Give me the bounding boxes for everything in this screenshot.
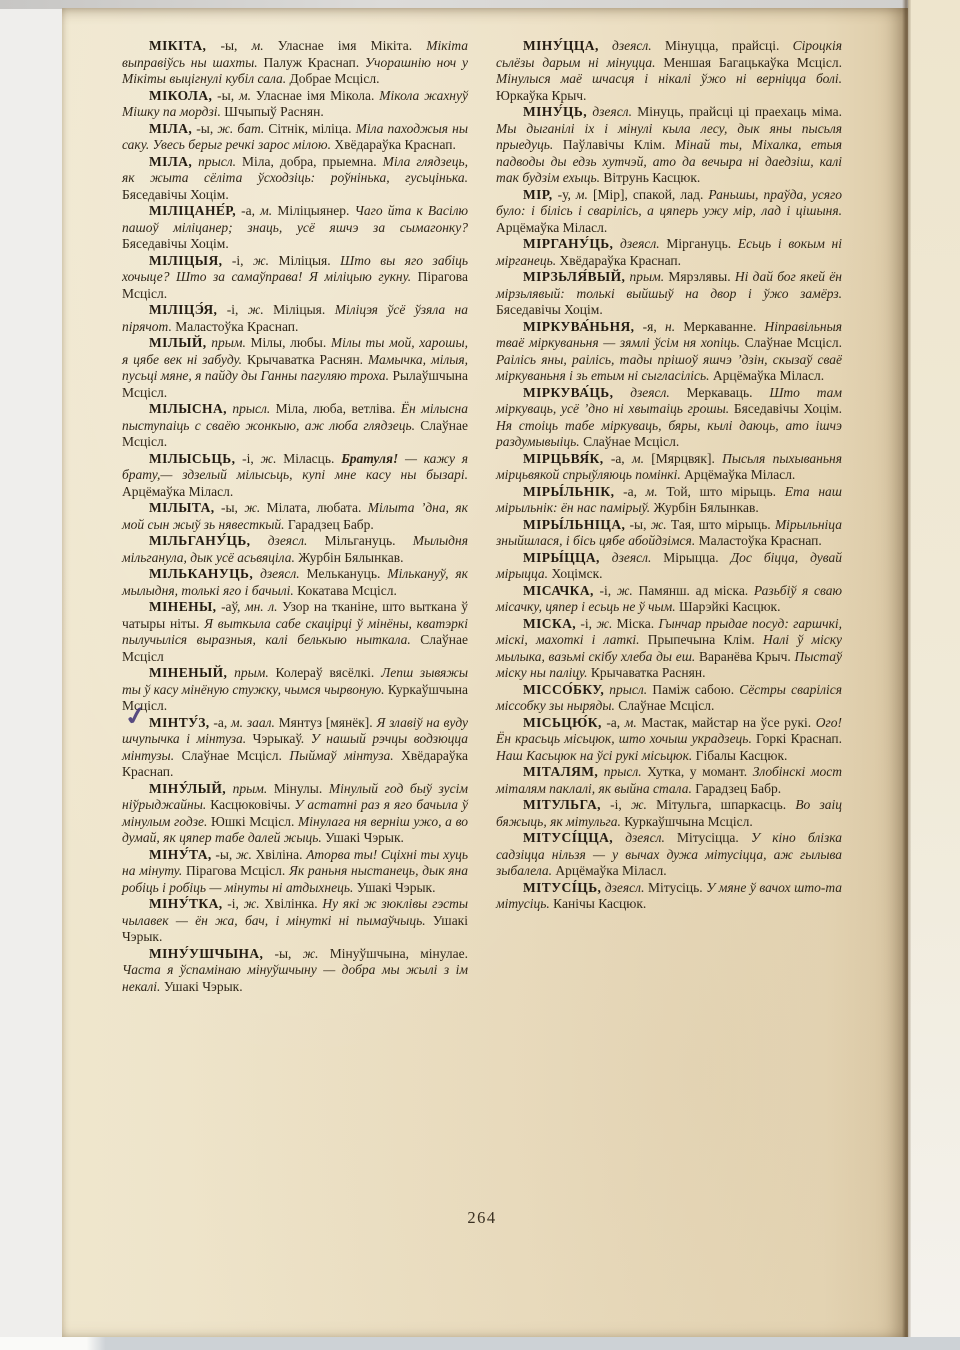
dictionary-entry: МІНУ́ТКА, -і, ж. Хвілінка. Ну які ж зюкл… xyxy=(122,896,468,946)
example-text: м. xyxy=(252,38,264,53)
entry-text: Міла, люба, ветліва. xyxy=(270,401,401,416)
headword: МІРГАНУ́ЦЬ, xyxy=(523,236,613,251)
entry-text: Паміж сабою. xyxy=(647,682,739,697)
example-text: дзеясл. xyxy=(613,830,665,845)
entry-text: Куркаўшчына Мсцісл. xyxy=(621,814,753,829)
entry-text: Гібалы Касцюк. xyxy=(692,748,787,763)
scan-background-bottom xyxy=(0,1337,960,1350)
dictionary-entry: МІТУСІ́ЦЦА, дзеясл. Мітусіцца. У кіно бл… xyxy=(496,830,842,880)
entry-text: Мілата, любата. xyxy=(260,500,368,515)
example-text: Мінулыся маё шчасця і нікалі ўжо ні верн… xyxy=(496,71,842,86)
dictionary-entry: МІСАЧКА, -і, ж. Памянш. ад міска. Разьбі… xyxy=(496,583,842,616)
entry-text: -ы, xyxy=(212,847,236,862)
entry-text: Хвёдараўка Краснап. xyxy=(556,253,681,268)
dictionary-entry: МІНУ́УШЧЫНА, -ы, ж. Мінуўшчына, мінулае.… xyxy=(122,946,468,996)
dictionary-entry: МІНУ́ТА, -ы, ж. Хвіліна. Аторва ты! Сціх… xyxy=(122,847,468,897)
example-text: дзеясл. xyxy=(599,38,652,53)
entry-text: -у, xyxy=(553,187,576,202)
entry-text: Арцёмаўка Міласл. xyxy=(709,368,824,383)
dictionary-entry: МІР, -у, м. [Мір], спакой, лад. Раньшы, … xyxy=(496,187,842,237)
entry-text: Міліцыя. xyxy=(269,253,340,268)
entry-text: Ушакі Чэрык. xyxy=(322,830,404,845)
headword: МІР, xyxy=(523,187,553,202)
entry-text: Шарэйкі Касцюк. xyxy=(676,599,781,614)
dictionary-entry: МІЛА, -ы, ж. бат. Сітнік, міліца. Міла п… xyxy=(122,121,468,154)
entry-text: Бяседавічы Хоцім. xyxy=(122,236,229,251)
headword: МІССО́БКУ, xyxy=(523,682,604,697)
dictionary-entry: МІКОЛА, -ы, м. Уласнае імя Мікола. Мікол… xyxy=(122,88,468,121)
entry-text: Крычаватка Раснян. xyxy=(587,665,705,680)
dictionary-entry: МІНУ́ЦЦА, дзеясл. Мінуцца, прайсці. Сіро… xyxy=(496,38,842,104)
example-text: прым. xyxy=(207,335,246,350)
example-text: м. заал. xyxy=(231,715,275,730)
page-number: 264 xyxy=(467,1208,496,1228)
headword: МІРЫ́ЛЬНІК, xyxy=(523,484,614,499)
entry-text: Мільгануць. xyxy=(307,533,412,548)
entry-text: Уласнае імя Мікола. xyxy=(251,88,379,103)
example-text: ж. xyxy=(244,500,260,515)
headword: МІЛЫСНА, xyxy=(149,401,227,416)
entry-text: Журбін Бялынкав. xyxy=(295,550,404,565)
dictionary-entry: МІТУСІ́ЦЬ, дзеясл. Мітусіць. У мяне ў ва… xyxy=(496,880,842,913)
entry-text: Касцюковічы. xyxy=(206,797,294,812)
example-text: м. xyxy=(576,187,588,202)
dictionary-entry: МІКІТА, -ы, м. Уласнае імя Мікіта. Мікіт… xyxy=(122,38,468,88)
entry-text: -а, xyxy=(602,715,625,730)
example-text: м. xyxy=(260,203,272,218)
entry-text: -і, xyxy=(594,583,617,598)
entry-text: Палуж Краснап. xyxy=(258,55,365,70)
example-text: ж. xyxy=(253,253,269,268)
example-text: ж. xyxy=(617,583,633,598)
entry-text: Міласць. xyxy=(276,451,341,466)
example-text: ж. xyxy=(244,896,260,911)
entry-text: Міска. xyxy=(612,616,658,631)
headword: МІТУСІ́ЦЦА, xyxy=(523,830,613,845)
headword: МІЛЫСЬЦЬ, xyxy=(149,451,235,466)
entry-text: -а, xyxy=(604,451,632,466)
headword: МІРЫ́ЦЦА, xyxy=(523,550,600,565)
example-text: дзеясл. xyxy=(613,385,669,400)
headword: МІЛЫЙ, xyxy=(149,335,207,350)
dictionary-text-block: МІКІТА, -ы, м. Уласнае імя Мікіта. Мікіт… xyxy=(62,8,908,995)
headword: МІРКУВА́НЬНЯ, xyxy=(523,319,634,334)
entry-text: Мінулы. xyxy=(267,781,329,796)
dictionary-entry: МІРЦЬВЯ́К, -а, м. [Мярцвяк]. Пысьля пыхы… xyxy=(496,451,842,484)
entry-text: Шчыпыў Раснян. xyxy=(221,104,324,119)
example-text-bold: Братуля! xyxy=(341,451,398,466)
entry-text: Мінуць, прайсці ці праехаць міма. xyxy=(632,104,842,119)
dictionary-entry: МІРГАНУ́ЦЬ, дзеясл. Міргануць. Есьць і в… xyxy=(496,236,842,269)
entry-text: Міргануць. xyxy=(660,236,738,251)
example-text: дзеясл. xyxy=(253,566,300,581)
entry-text: Бяседавічы Хоцім. xyxy=(122,187,229,202)
entry-text: Арцёмаўка Міласл. xyxy=(552,863,667,878)
entry-text: -і, xyxy=(223,896,244,911)
entry-text: Слаўнае Мсцісл. xyxy=(615,698,715,713)
headword: МІТУЛЬГА, xyxy=(523,797,601,812)
dictionary-entry: МІЛЫТА, -ы, ж. Мілата, любата. Мілыта ’д… xyxy=(122,500,468,533)
headword: МІЛЬГАНУ́ЦЬ, xyxy=(149,533,250,548)
headword: МІКОЛА, xyxy=(149,88,212,103)
entry-text: Меркаванне. xyxy=(675,319,764,334)
dictionary-entry: МІСЬЦЮ́К, -а, м. Мастак, майстар на ўсе … xyxy=(496,715,842,765)
entry-text: Мінуцца, прайсці. xyxy=(652,38,793,53)
entry-text: -аў, xyxy=(216,599,245,614)
entry-text: Ушакі Чэрык. xyxy=(160,979,242,994)
entry-text: Юркаўка Крыч. xyxy=(496,88,586,103)
entry-text: Тая, што мірыць. xyxy=(667,517,775,532)
entry-text: [Мярцвяк]. xyxy=(644,451,722,466)
entry-text: Мітульга, шпаркасць. xyxy=(647,797,795,812)
example-text: ж. xyxy=(236,847,252,862)
example-text: дзеясл. xyxy=(600,550,652,565)
headword: МІРЗЬЛЯ́ВЫЙ, xyxy=(523,269,625,284)
entry-text: -і, xyxy=(217,302,247,317)
entry-text: -і, xyxy=(601,797,631,812)
headword: МІЛЬКАНУЦЬ, xyxy=(149,566,253,581)
dictionary-entry: МІРКУВА́ЦЬ, дзеясл. Меркаваць. Што там м… xyxy=(496,385,842,451)
headword: МІНЕНЫЙ, xyxy=(149,665,227,680)
book-page: МІКІТА, -ы, м. Уласнае імя Мікіта. Мікіт… xyxy=(62,8,908,1338)
dictionary-entry: МІНУ́ЦЬ, дзеясл. Мінуць, прайсці ці прае… xyxy=(496,104,842,187)
dictionary-entry: МІЛЬГАНУ́ЦЬ, дзеясл. Мільгануць. Мылыдня… xyxy=(122,533,468,566)
entry-text: Крычаватка Раснян. xyxy=(242,352,368,367)
entry-text: Маластоўка Краснап. xyxy=(172,319,299,334)
dictionary-entry: МІРЫ́ЛЬНІК, -а, м. Той, што мірыць. Ета … xyxy=(496,484,842,517)
dictionary-entry: МІРЗЬЛЯ́ВЫЙ, прым. Мярзлявы. Ні дай бог … xyxy=(496,269,842,319)
entry-text: Мітусіць. xyxy=(644,880,706,895)
headword: МІНЕНЫ, xyxy=(149,599,216,614)
entry-text: Мянтуз [мянёк]. xyxy=(275,715,377,730)
headword: МІЛА, xyxy=(149,154,192,169)
dictionary-entry: МІЛЫЙ, прым. Мілы, любы. Мілы ты мой, ха… xyxy=(122,335,468,401)
entry-text: Пірагова Мсцісл. xyxy=(182,863,289,878)
entry-text: Хвёдараўка Краснап. xyxy=(331,137,456,152)
dictionary-entry: МІЛІЦЭ́Я, -і, ж. Міліцыя. Міліцэя ўсё ўз… xyxy=(122,302,468,335)
example-text: мн. л. xyxy=(245,599,278,614)
entry-text: Хутка, у момант. xyxy=(642,764,753,779)
entry-text: Горкі Краснап. xyxy=(752,731,842,746)
example-text: дзеясл. xyxy=(613,236,659,251)
entry-text: Сітнік, міліца. xyxy=(264,121,355,136)
entry-text: Вітрунь Касцюк. xyxy=(600,170,700,185)
headword: МІЛА, xyxy=(149,121,192,136)
headword: МІСЬЦЮ́К, xyxy=(523,715,602,730)
entry-text: Міліцыянер. xyxy=(272,203,354,218)
example-text: ж. бат. xyxy=(217,121,264,136)
headword: МІРЫ́ЛЬНІЦА, xyxy=(523,517,625,532)
example-text: м. xyxy=(646,484,658,499)
entry-text: Гарадзец Бабр. xyxy=(692,781,781,796)
entry-text: Колераў вясёлкі. xyxy=(269,665,381,680)
entry-text: Добрае Мсцісл. xyxy=(286,71,379,86)
headword: МІНУ́УШЧЫНА, xyxy=(149,946,263,961)
entry-text: Мітусіцца. xyxy=(665,830,751,845)
example-text: дзеясл. xyxy=(601,880,644,895)
headword: МІКІТА, xyxy=(149,38,206,53)
dictionary-entry: МІСКА, -і, ж. Міска. Гынчар прыдае посуд… xyxy=(496,616,842,682)
entry-text: -і, xyxy=(576,616,596,631)
entry-text: Той, што мірыць. xyxy=(658,484,785,499)
entry-text: Мярзлявы. xyxy=(664,269,735,284)
entry-text: Слаўнае Мсцісл. xyxy=(740,335,842,350)
entry-text: Бяседавічы Хоцім. xyxy=(729,401,842,416)
headword: МІНТУ́З, xyxy=(149,715,210,730)
dictionary-entry: МІРЫ́ЛЬНІЦА, -ы, ж. Тая, што мірыць. Мір… xyxy=(496,517,842,550)
entry-text: Бяседавічы Хоцім. xyxy=(496,302,603,317)
entry-text: Прыпечына Клім. xyxy=(640,632,763,647)
entry-text: Арцёмаўка Міласл. xyxy=(496,220,607,235)
example-text: м. xyxy=(239,88,251,103)
entry-text: Слаўнае Мсцісл. xyxy=(174,748,289,763)
entry-text: -і, xyxy=(222,253,253,268)
entry-text: -і, xyxy=(235,451,260,466)
entry-text: Мілы, любы. xyxy=(246,335,331,350)
example-text: ж. xyxy=(631,797,647,812)
entry-text: Міліцыя. xyxy=(264,302,335,317)
headword: МІНУ́ЛЫЙ, xyxy=(149,781,226,796)
entry-text: -ы, xyxy=(625,517,650,532)
entry-text: -ы, xyxy=(215,500,245,515)
entry-text: Хоцімск. xyxy=(548,566,602,581)
dictionary-entry: ✓МІНТУ́З, -а, м. заал. Мянтуз [мянёк]. Я… xyxy=(122,715,468,781)
scanned-book-page: МІКІТА, -ы, м. Уласнае імя Мікіта. Мікіт… xyxy=(0,0,960,1350)
dictionary-entry: МІЛІЦЫЯ, -і, ж. Міліцыя. Што вы яго забі… xyxy=(122,253,468,303)
dictionary-entry: МІТАЛЯМ, прысл. Хутка, у момант. Злобінс… xyxy=(496,764,842,797)
entry-text: -а, xyxy=(236,203,260,218)
left-column: МІКІТА, -ы, м. Уласнае імя Мікіта. Мікіт… xyxy=(122,38,468,995)
headword: МІТУСІ́ЦЬ, xyxy=(523,880,601,895)
headword: МІНУ́ТКА, xyxy=(149,896,223,911)
example-text: ж. xyxy=(596,616,612,631)
example-text: прысл. xyxy=(604,682,647,697)
entry-text: Маластоўка Краснап. xyxy=(695,533,822,548)
headword: МІНУ́ТА, xyxy=(149,847,212,862)
entry-text: Чэрыкаў. xyxy=(246,731,311,746)
headword: МІЛЫТА, xyxy=(149,500,215,515)
entry-text: -я, xyxy=(634,319,665,334)
dictionary-entry: МІССО́БКУ, прысл. Паміж сабою. Сёстры св… xyxy=(496,682,842,715)
entry-text: Хвіліна. xyxy=(252,847,306,862)
entry-text: Гарадзец Бабр. xyxy=(285,517,374,532)
example-text: прысл. xyxy=(598,764,641,779)
example-text: м. xyxy=(625,715,637,730)
entry-text: Кокатава Мсцісл. xyxy=(294,583,397,598)
example-text: прысл. xyxy=(227,401,270,416)
entry-text: Памянш. ад міска. xyxy=(633,583,754,598)
example-text: Наш Касьцюк на ўсі рукі місьцюк. xyxy=(496,748,692,763)
example-text: м. xyxy=(632,451,644,466)
example-text: ж. xyxy=(261,451,277,466)
dictionary-entry: МІЛЫСЬЦЬ, -і, ж. Міласць. Братуля! — каж… xyxy=(122,451,468,501)
example-text: Пыймаў мінтуза. xyxy=(289,748,393,763)
entry-text: Канічы Касцюк. xyxy=(550,896,646,911)
entry-text: -а, xyxy=(614,484,645,499)
entry-text: Паўлавічы Клім. xyxy=(553,137,675,152)
dictionary-entry: МІТУЛЬГА, -і, ж. Мітульга, шпаркасць. Во… xyxy=(496,797,842,830)
pen-checkmark-icon: ✓ xyxy=(123,706,149,727)
headword: МІСАЧКА, xyxy=(523,583,594,598)
example-text: ж. xyxy=(303,946,319,961)
example-text: прым. xyxy=(625,269,664,284)
entry-text: Мелькануць. xyxy=(300,566,388,581)
example-text: прым. xyxy=(226,781,267,796)
dictionary-entry: МІНЕНЫ, -аў, мн. л. Узор на тканіне, што… xyxy=(122,599,468,665)
headword: МІЛІЦЭ́Я, xyxy=(149,302,217,317)
entry-text: -ы, xyxy=(206,38,251,53)
entry-text: -ы, xyxy=(263,946,302,961)
entry-text: Уласнае імя Мікіта. xyxy=(264,38,427,53)
dictionary-entry: МІРЫ́ЦЦА, дзеясл. Мірыцца. Дос біцца, ду… xyxy=(496,550,842,583)
entry-text: -ы, xyxy=(212,88,239,103)
dictionary-entry: МІЛА, прысл. Міла, добра, прыемна. Міла … xyxy=(122,154,468,204)
entry-text: Меншая Багацькаўка Мсцісл. xyxy=(656,55,843,70)
dictionary-entry: МІЛІЦАНЕ́Р, -а, м. Міліцыянер. Чаго йта … xyxy=(122,203,468,253)
next-page-edge xyxy=(908,0,960,1350)
entry-text: Юшкі Мсцісл. xyxy=(207,814,298,829)
entry-text: Міла, добра, прыемна. xyxy=(236,154,383,169)
dictionary-entry: МІЛЫСНА, прысл. Міла, люба, ветліва. Ён … xyxy=(122,401,468,451)
book-gutter-shadow xyxy=(902,0,911,1350)
headword: МІРКУВА́ЦЬ, xyxy=(523,385,613,400)
headword: МІСКА, xyxy=(523,616,576,631)
entry-text: Арцёмаўка Міласл. xyxy=(122,484,233,499)
entry-text: Арцёмаўка Міласл. xyxy=(681,467,796,482)
entry-text: -ы, xyxy=(192,121,217,136)
right-column: МІНУ́ЦЦА, дзеясл. Мінуцца, прайсці. Сіро… xyxy=(496,38,842,995)
headword: МІЛІЦЫЯ, xyxy=(149,253,222,268)
example-text: дзеясл. xyxy=(250,533,307,548)
entry-text: Меркаваць. xyxy=(670,385,770,400)
entry-text: Варанёва Крыч. xyxy=(695,649,794,664)
entry-text: -а, xyxy=(210,715,231,730)
dictionary-entry: МІРКУВА́НЬНЯ, -я, н. Меркаванне. Ніправі… xyxy=(496,319,842,385)
dictionary-entry: МІНЕНЫЙ, прым. Колераў вясёлкі. Лепш зыв… xyxy=(122,665,468,715)
example-text: прым. xyxy=(227,665,268,680)
entry-text: Мірыцца. xyxy=(651,550,730,565)
example-text: н. xyxy=(665,319,675,334)
entry-text: Слаўнае Мсцісл. xyxy=(580,434,680,449)
headword: МІНУ́ЦЦА, xyxy=(523,38,599,53)
headword: МІНУ́ЦЬ, xyxy=(523,104,587,119)
headword: МІТАЛЯМ, xyxy=(523,764,598,779)
entry-text: Мінуўшчына, мінулае. xyxy=(319,946,468,961)
example-text: ж. xyxy=(248,302,264,317)
dictionary-entry: МІЛЬКАНУЦЬ, дзеясл. Мелькануць. Мількану… xyxy=(122,566,468,599)
dictionary-entry: МІНУ́ЛЫЙ, прым. Мінулы. Мінулый год быў … xyxy=(122,781,468,847)
entry-text: [Мір], спакой, лад. xyxy=(588,187,708,202)
entry-text: Мастак, майстар на ўсе рукі. xyxy=(637,715,816,730)
example-text: ж. xyxy=(651,517,667,532)
example-text: дзеясл. xyxy=(587,104,632,119)
entry-text: Хвілінка. xyxy=(260,896,323,911)
headword: МІЛІЦАНЕ́Р, xyxy=(149,203,236,218)
entry-text: Журбін Бялынкав. xyxy=(650,500,759,515)
example-text: прысл. xyxy=(192,154,236,169)
entry-text: Ушакі Чэрык. xyxy=(353,880,435,895)
headword: МІРЦЬВЯ́К, xyxy=(523,451,604,466)
